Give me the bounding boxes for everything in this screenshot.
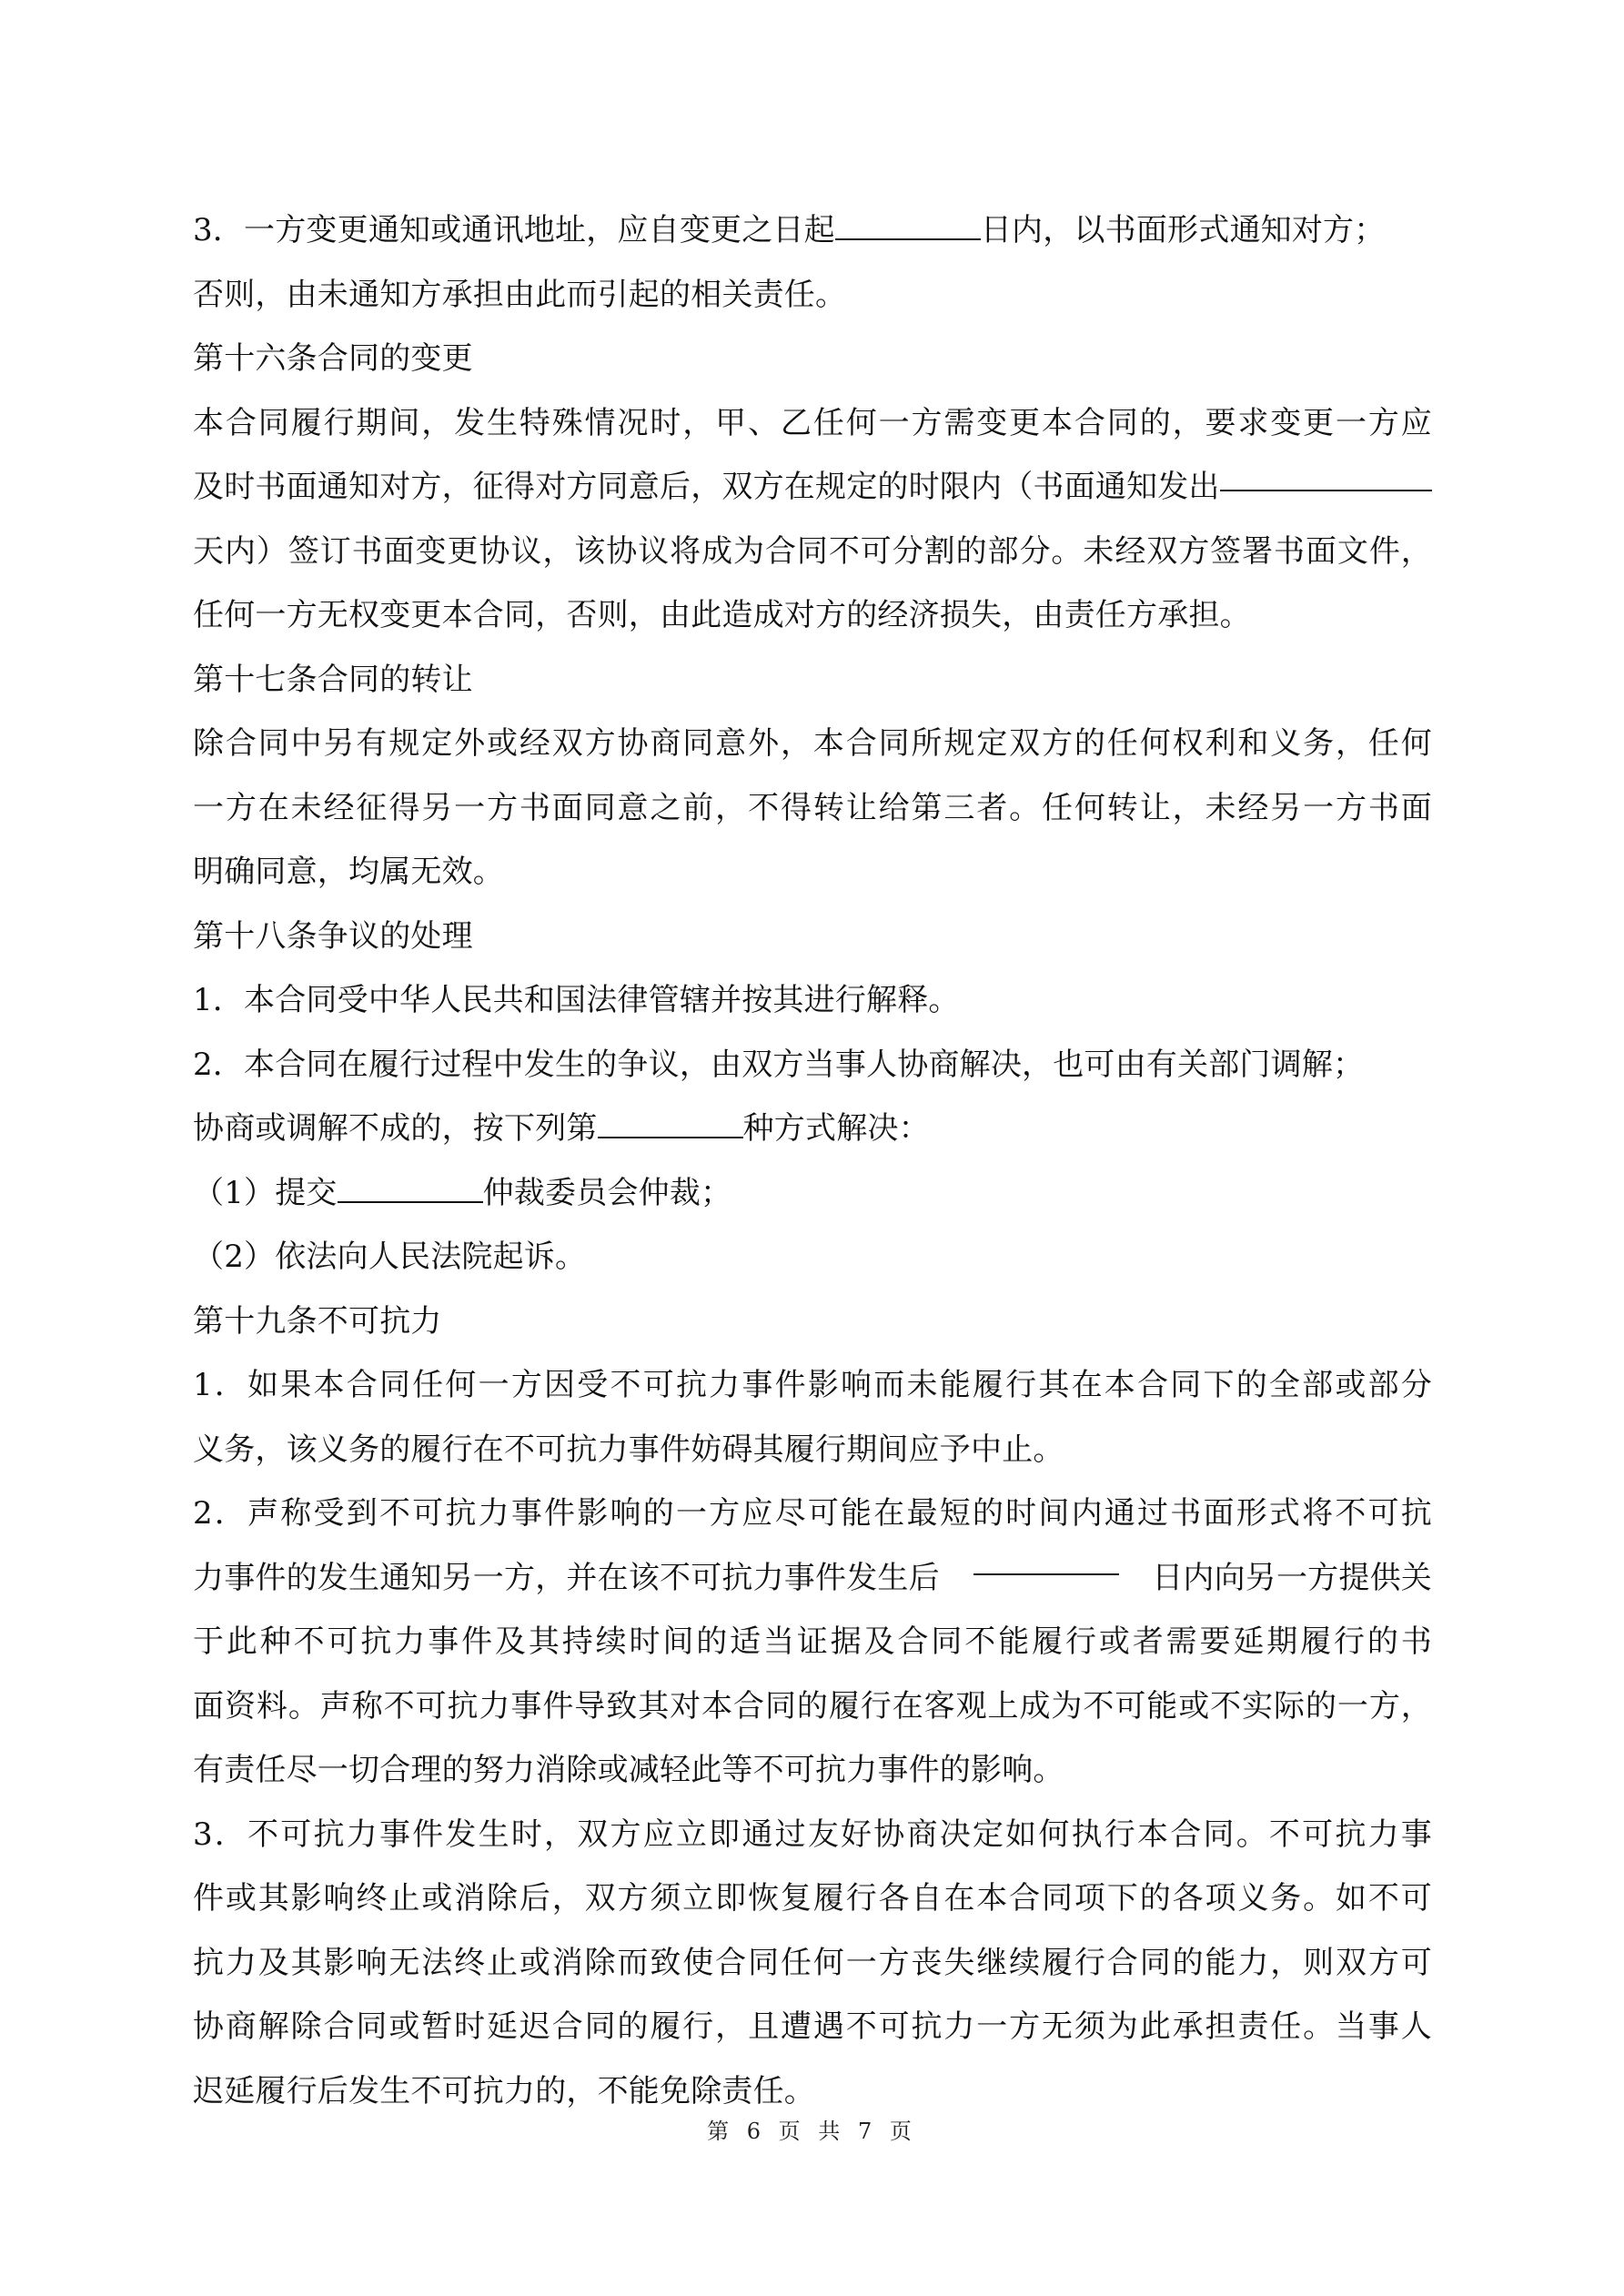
paragraph-line: （2）依法向人民法院起诉。 [193,1225,1432,1290]
paragraph-line: 除合同中另有规定外或经双方协商同意外，本合同所规定双方的任何权利和义务，任何 [193,712,1432,776]
text: 仲裁委员会仲裁； [483,1175,732,1211]
paragraph-line: 面资料。声称不可抗力事件导致其对本合同的履行在客观上成为不可能或不实际的一方， [193,1674,1432,1739]
paragraph-line: 任何一方无权变更本合同，否则，由此造成对方的经济损失，由责任方承担。 [193,583,1432,648]
fill-in-blank [973,1546,1119,1575]
paragraph-line: 3．不可抗力事件发生时，双方应立即通过友好协商决定如何执行本合同。不可抗力事 [193,1803,1432,1867]
page-number: 第 6 页 共 7 页 [0,2113,1624,2145]
paragraph-line: 及时书面通知对方，征得对方同意后，双方在规定的时限内（书面通知发出 [193,455,1432,520]
section-heading: 第十八条争议的处理 [193,905,1432,969]
text: 日内向另一方提供关 [1152,1546,1432,1611]
paragraph-line: 明确同意，均属无效。 [193,840,1432,905]
text: （1）提交 [193,1175,338,1211]
fill-in-blank [1220,455,1432,491]
text: 3．一方变更通知或通讯地址，应自变更之日起 [193,212,835,248]
paragraph-line: 义务，该义务的履行在不可抗力事件妨碍其履行期间应予中止。 [193,1418,1432,1482]
paragraph-line: （1）提交仲裁委员会仲裁； [193,1161,1432,1226]
text: 力事件的发生通知另一方，并在该不可抗力事件发生后 [193,1546,940,1611]
paragraph-line: 协商解除合同或暂时延迟合同的履行，且遭遇不可抗力一方无须为此承担责任。当事人 [193,1995,1432,2059]
fill-in-blank [598,1109,743,1138]
paragraph-line: 抗力及其影响无法终止或消除而致使合同任何一方丧失继续履行合同的能力，则双方可 [193,1931,1432,1996]
section-heading: 第十七条合同的转让 [193,648,1432,713]
paragraph-line: 3．一方变更通知或通讯地址，应自变更之日起日内，以书面形式通知对方； [193,198,1432,263]
paragraph-line: 2．声称受到不可抗力事件影响的一方应尽可能在最短的时间内通过书面形式将不可抗 [193,1482,1432,1546]
paragraph-line: 有责任尽一切合理的努力消除或减轻此等不可抗力事件的影响。 [193,1738,1432,1803]
text: 及时书面通知对方，征得对方同意后，双方在规定的时限内（书面通知发出 [193,455,1220,520]
fill-in-blank [835,211,981,240]
text: 协商或调解不成的，按下列第 [193,1110,598,1147]
text: 种方式解决： [743,1110,930,1147]
paragraph-line: 件或其影响终止或消除后，双方须立即恢复履行各自在本合同项下的各项义务。如不可 [193,1866,1432,1931]
paragraph-line: 1．如果本合同任何一方因受不可抗力事件影响而未能履行其在本合同下的全部或部分 [193,1353,1432,1418]
paragraph-line: 协商或调解不成的，按下列第种方式解决： [193,1097,1432,1161]
paragraph-line: 2．本合同在履行过程中发生的争议，由双方当事人协商解决，也可由有关部门调解； [193,1033,1432,1097]
paragraph-line: 一方在未经征得另一方书面同意之前，不得转让给第三者。任何转让，未经另一方书面 [193,776,1432,841]
paragraph-line: 于此种不可抗力事件及其持续时间的适当证据及合同不能履行或者需要延期履行的书 [193,1610,1432,1674]
text: 日内，以书面形式通知对方； [981,212,1386,248]
section-heading: 第十六条合同的变更 [193,327,1432,391]
paragraph-line: 1．本合同受中华人民共和国法律管辖并按其进行解释。 [193,968,1432,1033]
document-page: 3．一方变更通知或通讯地址，应自变更之日起日内，以书面形式通知对方； 否则，由未… [193,198,1432,2123]
paragraph-line: 天内）签订书面变更协议，该协议将成为合同不可分割的部分。未经双方签署书面文件， [193,520,1432,584]
fill-in-blank [338,1174,483,1203]
paragraph-line: 力事件的发生通知另一方，并在该不可抗力事件发生后日内向另一方提供关 [193,1546,1432,1611]
paragraph-line: 本合同履行期间，发生特殊情况时，甲、乙任何一方需变更本合同的，要求变更一方应 [193,391,1432,456]
paragraph-line: 否则，由未通知方承担由此而引起的相关责任。 [193,263,1432,328]
section-heading: 第十九条不可抗力 [193,1290,1432,1354]
